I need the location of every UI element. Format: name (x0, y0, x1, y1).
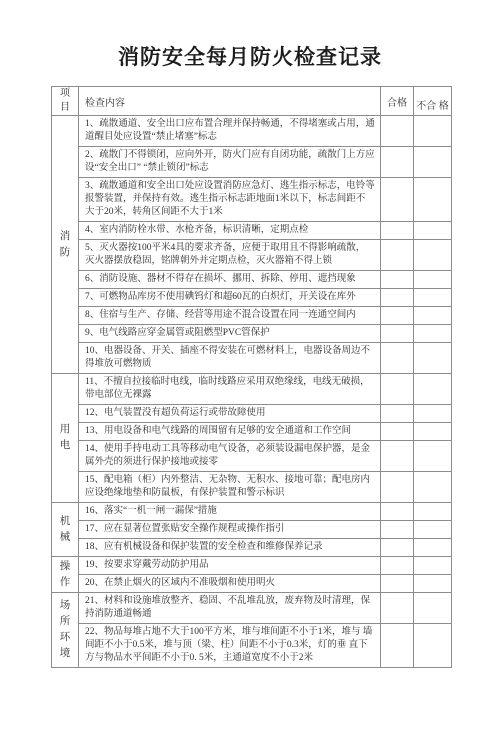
pass-cell (381, 503, 414, 521)
pass-cell (381, 472, 414, 503)
table-row: 18、应有机械设备和保护装置的安全检查和维修保养记录 (52, 539, 452, 557)
table-row: 15、配电箱（柜）内外整洁、无杂物、无积水、接地可靠；配电房内 应设绝缘地垫和防… (52, 472, 452, 503)
fail-cell (414, 289, 452, 307)
inspection-content: 14、使用手持电动工具等移动电气设备，必须装设漏电保护器，是金 属外壳的须进行保… (79, 441, 381, 472)
inspection-content: 7、可燃物品库房不使用碘钨灯和超60瓦的白炽灯，开关设在库外 (79, 289, 381, 307)
section-label: 操作 (60, 559, 71, 591)
fail-cell (414, 593, 452, 624)
inspection-content: 19、按要求穿戴劳动防护用品 (79, 557, 381, 575)
pass-cell (381, 441, 414, 472)
page-title: 消防安全每月防火检查记录 (0, 0, 500, 72)
inspection-content: 2、疏散门不得锁闭，应向外开，防火门应有自闭功能，疏散门上方应设“安全出口” “… (79, 147, 381, 178)
section-cell: 机械 (52, 503, 79, 557)
pass-cell (381, 557, 414, 575)
pass-cell (381, 325, 414, 343)
table-row: 用电11、不擅自拉接临时电线，临时线路应采用双绝缘线，电线无破损， 带电部位无裸… (52, 374, 452, 405)
fail-cell (414, 271, 452, 289)
table-row: 20、在禁止烟火的区域内不准吸烟和使用明火 (52, 575, 452, 593)
pass-cell (381, 593, 414, 624)
header-item-column: 项目 (52, 87, 79, 116)
inspection-content: 22、物品每堆占地不大于100平方米，堆与堆间距不小于1米，堆与 墙间距不小于0… (79, 624, 381, 668)
table-row: 6、消防设施、器材不得存在损坏、挪用、拆除、停用、遮挡现象 (52, 271, 452, 289)
fail-cell (414, 503, 452, 521)
table-row: 场所环境21、材料和设施堆放整齐、稳固、不乱堆乱放，废弃物及时清理，保 持消防通… (52, 593, 452, 624)
table-header-row: 项目 检查内容 合格 不合 格 (52, 87, 452, 116)
pass-cell (381, 271, 414, 289)
pass-cell (381, 343, 414, 374)
section-cell: 消防 (52, 116, 79, 374)
inspection-table: 项目 检查内容 合格 不合 格 消防1、疏散通道、安全出口应布置合理并保持畅通，… (51, 86, 452, 668)
pass-cell (381, 116, 414, 147)
table-row: 17、应在显著位置张贴安全操作规程或操作指引 (52, 521, 452, 539)
pass-cell (381, 178, 414, 222)
table-row: 4、室内消防栓水带、水枪齐备，标识清晰，定期点检 (52, 222, 452, 240)
fail-cell (414, 441, 452, 472)
table-row: 3、疏散通道和安全出口处应设置消防应急灯、逃生指示标志，电铃等报警装置，并保持有… (52, 178, 452, 222)
fail-cell (414, 624, 452, 668)
inspection-content: 9、电气线路应穿金属管或阻燃型PVC管保护 (79, 325, 381, 343)
pass-cell (381, 147, 414, 178)
fail-cell (414, 222, 452, 240)
section-label: 消防 (60, 229, 71, 261)
table-row: 9、电气线路应穿金属管或阻燃型PVC管保护 (52, 325, 452, 343)
table-row: 5、灭火器按100平米4具的要求齐备，应便于取用且不得影响疏散， 灭火器摆放稳固… (52, 240, 452, 271)
fail-cell (414, 147, 452, 178)
fail-cell (414, 575, 452, 593)
section-cell: 用电 (52, 374, 79, 503)
header-item-label: 项目 (60, 87, 70, 115)
inspection-content: 15、配电箱（柜）内外整洁、无杂物、无积水、接地可靠；配电房内 应设绝缘地垫和防… (79, 472, 381, 503)
inspection-content: 6、消防设施、器材不得存在损坏、挪用、拆除、停用、遮挡现象 (79, 271, 381, 289)
header-pass-column: 合格 (381, 87, 414, 116)
table-row: 13、用电设备和电气线路的周围留有足够的安全通道和工作空间 (52, 423, 452, 441)
pass-cell (381, 539, 414, 557)
table-row: 8、住宿与生产、存储、经营等用途不混合设置在同一连通空间内 (52, 307, 452, 325)
inspection-content: 5、灭火器按100平米4具的要求齐备，应便于取用且不得影响疏散， 灭火器摆放稳固… (79, 240, 381, 271)
table-row: 消防1、疏散通道、安全出口应布置合理并保持畅通，不得堵塞或占用，通道醒目处应设置… (52, 116, 452, 147)
fail-cell (414, 472, 452, 503)
table-row: 操作19、按要求穿戴劳动防护用品 (52, 557, 452, 575)
inspection-content: 17、应在显著位置张贴安全操作规程或操作指引 (79, 521, 381, 539)
pass-cell (381, 575, 414, 593)
inspection-content: 8、住宿与生产、存储、经营等用途不混合设置在同一连通空间内 (79, 307, 381, 325)
inspection-content: 1、疏散通道、安全出口应布置合理并保持畅通，不得堵塞或占用，通道醒目处应设置“禁… (79, 116, 381, 147)
fail-cell (414, 343, 452, 374)
section-cell: 场所环境 (52, 593, 79, 668)
pass-cell (381, 423, 414, 441)
fail-cell (414, 325, 452, 343)
table-row: 机械16、落实“一机一闸一漏保”措施 (52, 503, 452, 521)
inspection-content: 13、用电设备和电气线路的周围留有足够的安全通道和工作空间 (79, 423, 381, 441)
inspection-content: 21、材料和设施堆放整齐、稳固、不乱堆乱放，废弃物及时清理，保 持消防通道畅通 (79, 593, 381, 624)
inspection-content: 4、室内消防栓水带、水枪齐备，标识清晰，定期点检 (79, 222, 381, 240)
fail-cell (414, 539, 452, 557)
fail-cell (414, 307, 452, 325)
inspection-content: 10、电器设备、开关、插座不得安装在可燃材料上，电器设备周边不 得堆放可燃物质 (79, 343, 381, 374)
section-cell: 操作 (52, 557, 79, 593)
pass-cell (381, 521, 414, 539)
inspection-content: 11、不擅自拉接临时电线，临时线路应采用双绝缘线，电线无破损， 带电部位无裸露 (79, 374, 381, 405)
pass-cell (381, 405, 414, 423)
header-content-column: 检查内容 (79, 87, 381, 116)
pass-cell (381, 624, 414, 668)
pass-cell (381, 240, 414, 271)
section-label: 场所环境 (60, 598, 71, 662)
section-label: 用电 (60, 422, 71, 454)
header-fail-column: 不合 格 (414, 87, 452, 116)
fail-cell (414, 521, 452, 539)
table-body: 消防1、疏散通道、安全出口应布置合理并保持畅通，不得堵塞或占用，通道醒目处应设置… (52, 116, 452, 668)
table-row: 2、疏散门不得锁闭，应向外开，防火门应有自闭功能，疏散门上方应设“安全出口” “… (52, 147, 452, 178)
fail-cell (414, 178, 452, 222)
inspection-content: 12、电气装置没有超负荷运行或带故障使用 (79, 405, 381, 423)
table-row: 7、可燃物品库房不使用碘钨灯和超60瓦的白炽灯，开关设在库外 (52, 289, 452, 307)
pass-cell (381, 307, 414, 325)
fail-cell (414, 423, 452, 441)
fail-cell (414, 116, 452, 147)
inspection-content: 3、疏散通道和安全出口处应设置消防应急灯、逃生指示标志，电铃等报警装置，并保持有… (79, 178, 381, 222)
table-row: 10、电器设备、开关、插座不得安装在可燃材料上，电器设备周边不 得堆放可燃物质 (52, 343, 452, 374)
fail-cell (414, 374, 452, 405)
table-row: 12、电气装置没有超负荷运行或带故障使用 (52, 405, 452, 423)
table-row: 22、物品每堆占地不大于100平方米，堆与堆间距不小于1米，堆与 墙间距不小于0… (52, 624, 452, 668)
section-label: 机械 (60, 514, 71, 546)
pass-cell (381, 289, 414, 307)
pass-cell (381, 222, 414, 240)
fail-cell (414, 557, 452, 575)
inspection-content: 20、在禁止烟火的区域内不准吸烟和使用明火 (79, 575, 381, 593)
inspection-content: 16、落实“一机一闸一漏保”措施 (79, 503, 381, 521)
inspection-content: 18、应有机械设备和保护装置的安全检查和维修保养记录 (79, 539, 381, 557)
fail-cell (414, 405, 452, 423)
table-row: 14、使用手持电动工具等移动电气设备，必须装设漏电保护器，是金 属外壳的须进行保… (52, 441, 452, 472)
fail-cell (414, 240, 452, 271)
pass-cell (381, 374, 414, 405)
document-page: 消防安全每月防火检查记录 项目 检查内容 合格 不合 格 消防1、疏散通道、安全… (0, 0, 500, 747)
